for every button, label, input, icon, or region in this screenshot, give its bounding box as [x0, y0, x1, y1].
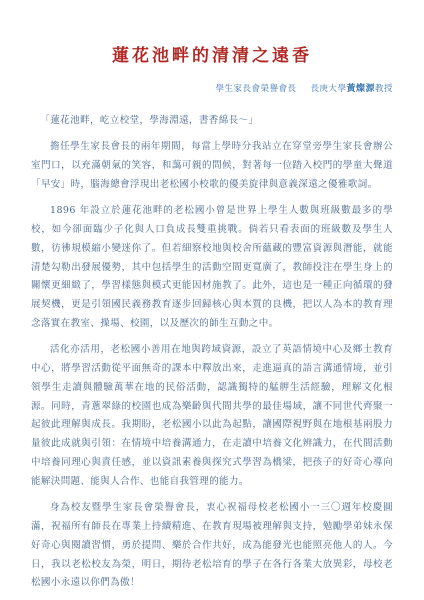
byline-affiliation: 長庚大學: [310, 84, 346, 94]
byline-role: 學生家長會榮譽會長: [215, 84, 296, 94]
paragraph-3: 活化亦活用，老松國小善用在地與跨域資源，設立了英語情境中心及鄉土教育中心，將學習…: [31, 341, 393, 491]
paragraph-4: 身為校友暨學生家長會榮譽會長，衷心祝福母校老松國小一三〇週年校慶圓滿，祝福所有師…: [31, 499, 393, 593]
opening-quote: 「蓮花池畔，屹立校堂，學海淵遠，書香綿長～」: [31, 112, 393, 131]
document-content: 蓮花池畔的清清之遠香 學生家長會榮譽會長長庚大學黃燦源教授 「蓮花池畔，屹立校堂…: [0, 44, 424, 593]
byline-author-name: 黃燦源: [346, 84, 375, 94]
paragraph-2: 1896 年設立於蓮花池畔的老松國小曾是世界上學生人數與班級數最多的學校，如今卻…: [31, 202, 393, 334]
paragraph-1: 擔任學生家長會長的兩年期間，每當上學時分我站立在穿堂旁學生家長會辦公室門口，以充…: [31, 138, 393, 194]
page-title: 蓮花池畔的清清之遠香: [31, 44, 393, 68]
document-page: 蓮花池畔的清清之遠香 學生家長會榮譽會長長庚大學黃燦源教授 「蓮花池畔，屹立校堂…: [0, 0, 424, 600]
byline: 學生家長會榮譽會長長庚大學黃燦源教授: [31, 83, 393, 95]
byline-author-suffix: 教授: [375, 84, 393, 94]
